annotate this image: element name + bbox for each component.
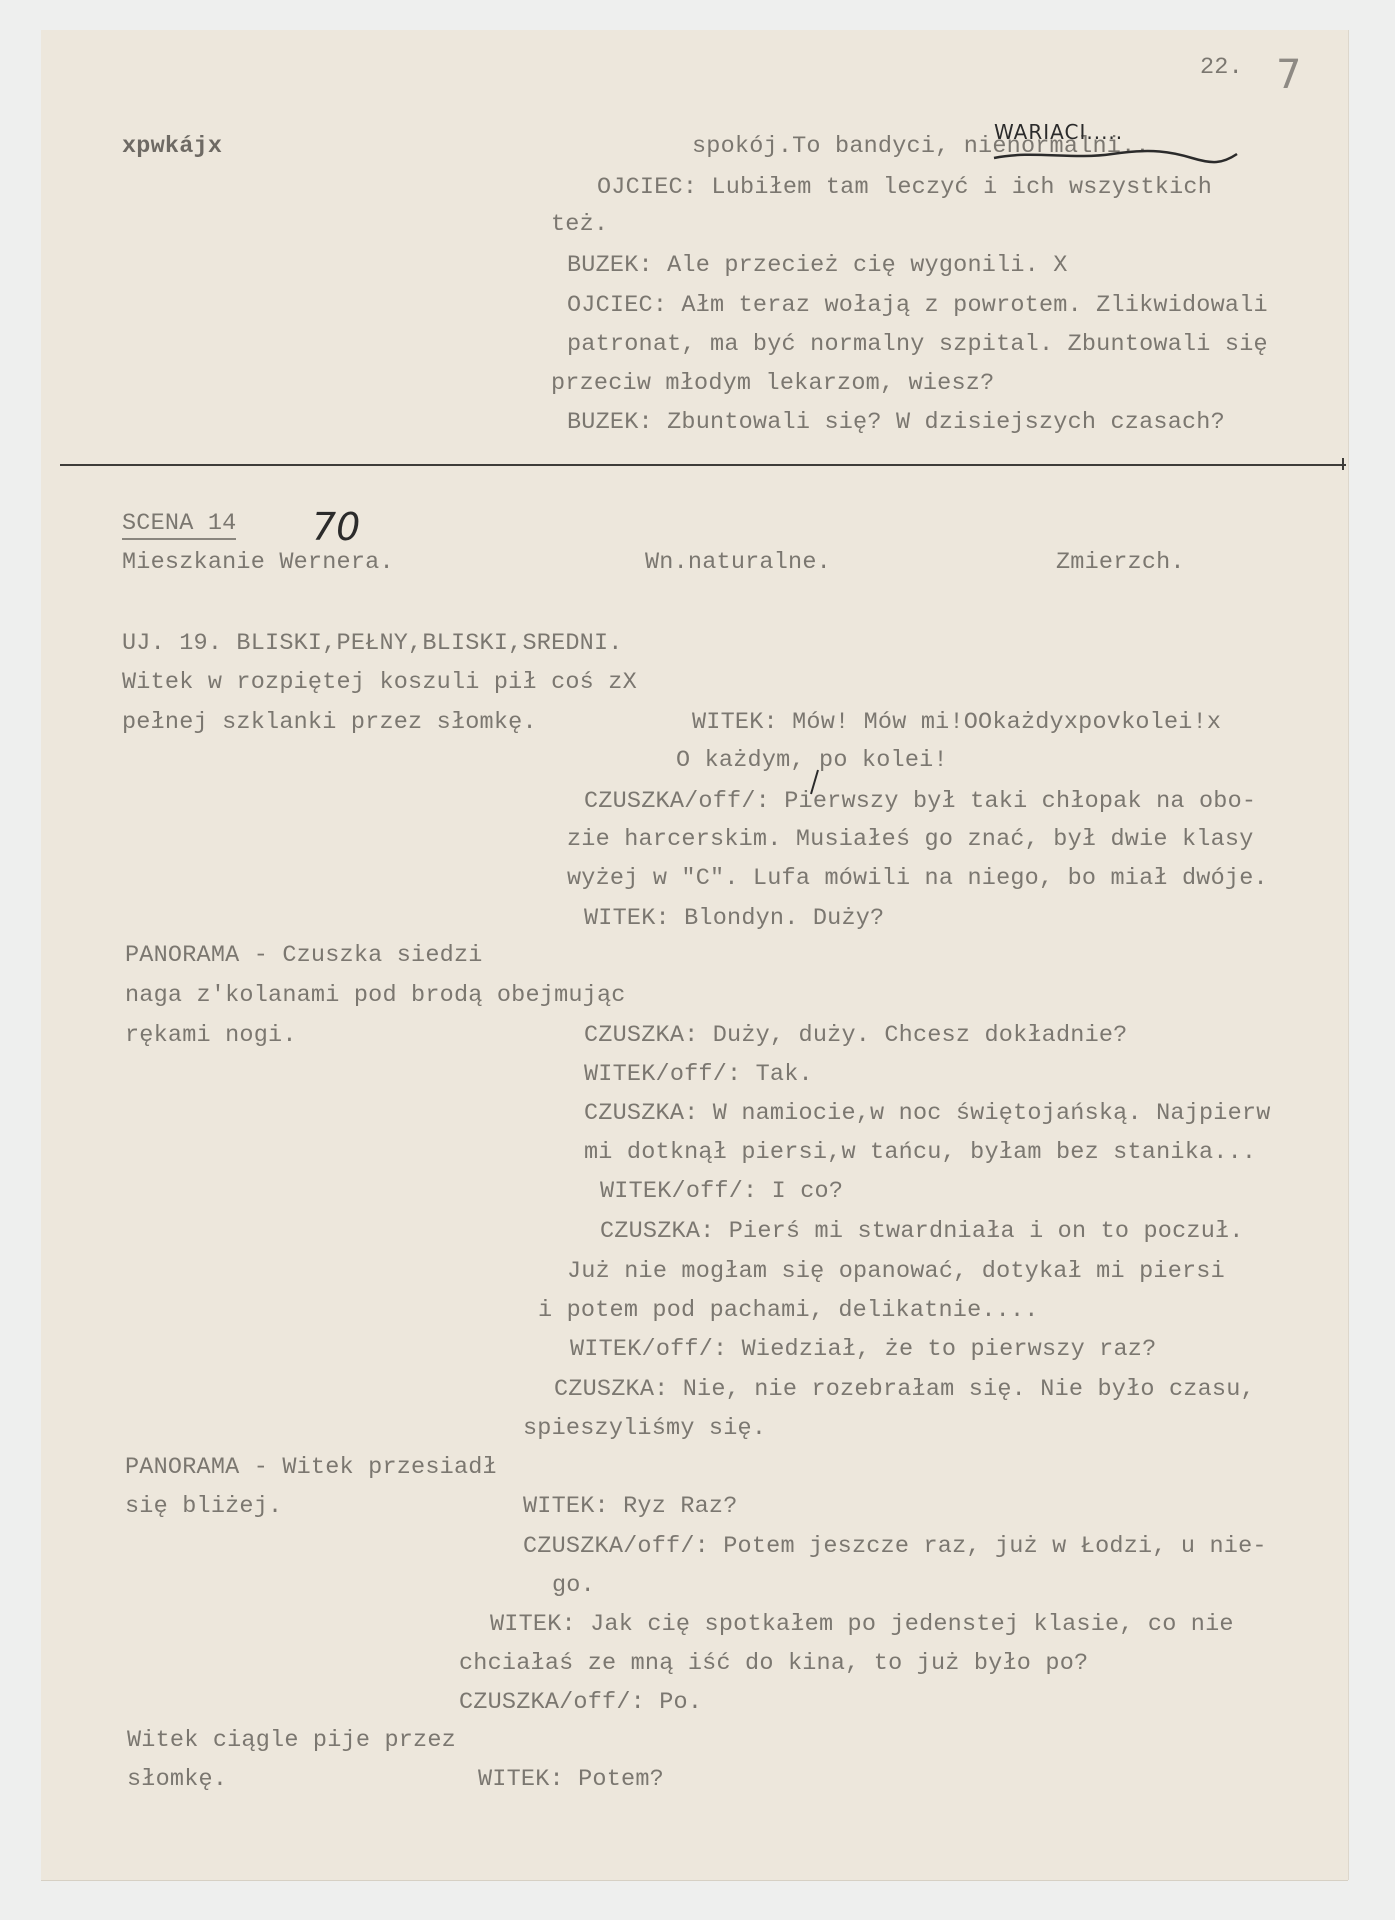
action-line: naga z'kolanami pod brodą obejmując [125, 982, 626, 1010]
handwritten-scene-number: 70 [312, 505, 360, 549]
dialogue-line: go. [552, 1572, 595, 1600]
dialogue-line: zie harcerskim. Musiałeś go znać, był dw… [567, 826, 1254, 854]
script-line: OJCIEC: Ałm teraz wołają z powrotem. Zli… [567, 292, 1268, 320]
action-line: się bliżej. [125, 1493, 282, 1521]
dialogue-line: spieszyliśmy się. [523, 1415, 766, 1443]
dialogue-line: Już nie mogłam się opanować, dotykał mi … [567, 1258, 1225, 1286]
dialogue-line: CZUSZKA: Nie, nie rozebrałam się. Nie by… [554, 1376, 1255, 1404]
scene-setting: Wn.naturalne. [645, 549, 831, 577]
dialogue-line: CZUSZKA/off/: Po. [459, 1689, 702, 1717]
dialogue-line: WITEK: Mów! Mów mi!OOkażdyxpovkolei!x [692, 709, 1221, 737]
scene-heading-text: SCENA 14 [122, 510, 236, 540]
scene-location: Mieszkanie Wernera. [122, 549, 394, 577]
action-line: Witek ciągle pije przez [127, 1727, 456, 1755]
dialogue-line: WITEK/off/: I co? [600, 1178, 843, 1206]
script-line: też. [551, 211, 608, 239]
shot-description: UJ. 19. BLISKI,PEŁNY,BLISKI,SREDNI. [122, 630, 623, 658]
dialogue-line: wyżej w "C". Lufa mówili na niego, bo mi… [567, 865, 1268, 893]
action-line: pełnej szklanki przez słomkę. [122, 709, 537, 737]
dialogue-line: mi dotknął piersi,w tańcu, byłam bez sta… [584, 1139, 1256, 1167]
scene-time: Zmierzch. [1056, 549, 1185, 577]
struck-word: xpwkájx [122, 133, 222, 161]
action-line: PANORAMA - Czuszka siedzi [125, 942, 483, 970]
script-line: patronat, ma być normalny szpital. Zbunt… [567, 331, 1268, 359]
scene-divider-end [1342, 458, 1344, 470]
handwritten-insert: WARIACI..... [994, 120, 1123, 144]
action-line: Witek w rozpiętej koszuli pił coś zX [122, 669, 637, 697]
action-line: słomkę. [127, 1766, 227, 1794]
action-line: PANORAMA - Witek przesiadł [125, 1454, 497, 1482]
script-line: BUZEK: Ale przecież cię wygonili. X [567, 252, 1068, 280]
scene-heading: SCENA 14 [122, 510, 236, 538]
dialogue-line: WITEK: Blondyn. Duży? [584, 905, 884, 933]
dialogue-line: CZUSZKA: Pierś mi stwardniała i on to po… [600, 1218, 1244, 1246]
dialogue-line: WITEK: Ryz Raz? [523, 1493, 738, 1521]
handwritten-strikethrough-icon [992, 146, 1242, 166]
page-number: 22. [1200, 54, 1243, 82]
scene-divider [60, 464, 1346, 466]
dialogue-line: CZUSZKA: W namiocie,w noc świętojańską. … [584, 1100, 1271, 1128]
dialogue-line: chciałaś ze mną iść do kina, to już było… [459, 1650, 1088, 1678]
dialogue-line: CZUSZKA: Duży, duży. Chcesz dokładnie? [584, 1022, 1128, 1050]
script-line: OJCIEC: Lubiłem tam leczyć i ich wszystk… [597, 174, 1212, 202]
dialogue-line: WITEK/off/: Wiedział, że to pierwszy raz… [570, 1336, 1156, 1364]
dialogue-line: i potem pod pachami, delikatnie.... [538, 1297, 1039, 1325]
dialogue-line: WITEK/off/: Tak. [584, 1061, 813, 1089]
pencil-page-mark: 7 [1276, 52, 1301, 98]
dialogue-line: WITEK: Jak cię spotkałem po jedenstej kl… [490, 1611, 1234, 1639]
script-line: BUZEK: Zbuntowali się? W dzisiejszych cz… [567, 409, 1225, 437]
dialogue-line: CZUSZKA/off/: Potem jeszcze raz, już w Ł… [523, 1533, 1267, 1561]
script-line: przeciw młodym lekarzom, wiesz? [551, 370, 994, 398]
dialogue-line: WITEK: Potem? [478, 1766, 664, 1794]
dialogue-line: CZUSZKA/off/: Pierwszy był taki chłopak … [584, 788, 1256, 816]
action-line: rękami nogi. [125, 1022, 297, 1050]
